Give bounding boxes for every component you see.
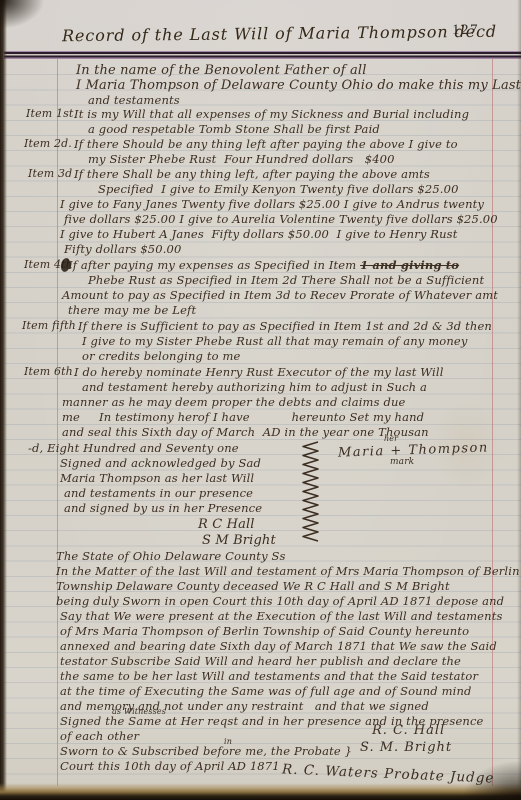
manuscript-line: The State of Ohio Delaware County Ss bbox=[56, 549, 286, 563]
manuscript-line-text: testator Subscribe Said Will and heard h… bbox=[60, 654, 461, 668]
manuscript-line: and testament hereby authorizing him to … bbox=[82, 380, 427, 394]
item-label: Item 6th bbox=[24, 365, 73, 378]
item-label: Item 1st bbox=[26, 107, 73, 120]
manuscript-line: a good respetable Tomb Stone Shall be fi… bbox=[88, 122, 380, 136]
manuscript-line-text: Phebe Rust as Specified in Item 2d There… bbox=[88, 273, 484, 287]
item-label: Item 2d. bbox=[24, 137, 72, 150]
manuscript-line: my Sister Phebe Rust Four Hundred dollar… bbox=[88, 152, 395, 166]
manuscript-line: It is my Will that all expenses of my Si… bbox=[74, 107, 469, 121]
manuscript-line-text: Court this 10th day of April AD 1871 bbox=[60, 759, 280, 773]
signature-her-note: her bbox=[384, 434, 398, 443]
manuscript-line-text: of Mrs Maria Thompson of Berlin Township… bbox=[60, 624, 469, 638]
manuscript-line: at the time of Executing the Same was of… bbox=[60, 684, 472, 698]
manuscript-line-text: S M Bright bbox=[202, 533, 276, 548]
manuscript-line-text: my Sister Phebe Rust Four Hundred dollar… bbox=[88, 152, 395, 166]
manuscript-line-text: I Maria Thompson of Delaware County Ohio… bbox=[76, 78, 521, 93]
manuscript-line: I Maria Thompson of Delaware County Ohio… bbox=[76, 78, 521, 93]
manuscript-line-text: and seal this Sixth day of March AD in t… bbox=[62, 425, 429, 439]
ledger-page: 127 Record of the Last Will of Maria Tho… bbox=[0, 0, 521, 800]
interlinear-insertion-witnesses: as Witnesses bbox=[112, 707, 166, 716]
manuscript-line: Specified I give to Emily Kenyon Twenty … bbox=[98, 182, 459, 196]
manuscript-line: -d, Eight Hundred and Seventy one bbox=[28, 441, 239, 455]
manuscript-line-text: R C Hall bbox=[198, 517, 255, 532]
manuscript-line-text: Amount to pay as Specified in Item 3d to… bbox=[62, 288, 498, 302]
manuscript-line: and testaments bbox=[88, 93, 180, 107]
manuscript-line-text: and signed by us in her Presence bbox=[64, 501, 262, 515]
manuscript-line-text: Specified I give to Emily Kenyon Twenty … bbox=[98, 182, 459, 196]
manuscript-line: I do hereby nominate Henry Rust Executor… bbox=[74, 365, 444, 379]
manuscript-line-text: and testament hereby authorizing him to … bbox=[82, 380, 427, 394]
manuscript-line: me In testimony herof I have hereunto Se… bbox=[62, 410, 424, 424]
manuscript-line-text: Sworn to & Subscribed before me, the Pro… bbox=[60, 744, 352, 758]
manuscript-line-text: manner as he may deem proper the debts a… bbox=[62, 395, 405, 409]
manuscript-line: If there is Sufficient to pay as Specifi… bbox=[78, 319, 492, 333]
manuscript-line-text: me In testimony herof I have hereunto Se… bbox=[62, 410, 424, 424]
manuscript-line: Sworn to & Subscribed before me, the Pro… bbox=[60, 744, 352, 758]
manuscript-line: Township Delaware County deceased We R C… bbox=[56, 579, 450, 593]
manuscript-line-text: It is my Will that all expenses of my Si… bbox=[74, 107, 469, 121]
manuscript-line-text: If after paying my expenses as Specified… bbox=[68, 258, 360, 272]
book-corner-top-left bbox=[0, 0, 46, 30]
manuscript-line-text: Signed and acknowledged by Sad bbox=[60, 456, 261, 470]
manuscript-line-text: a good respetable Tomb Stone Shall be fi… bbox=[88, 122, 380, 136]
manuscript-line-text: of each other bbox=[60, 729, 139, 743]
header-double-rule bbox=[4, 51, 521, 59]
manuscript-line-text: and testaments in our presence bbox=[64, 486, 253, 500]
manuscript-line: Amount to pay as Specified in Item 3d to… bbox=[62, 288, 498, 302]
manuscript-line-text: I do hereby nominate Henry Rust Executor… bbox=[74, 365, 444, 379]
manuscript-line: of each other bbox=[60, 729, 139, 743]
book-edge-bottom bbox=[0, 783, 521, 800]
interlinear-insertion-in: in bbox=[224, 737, 232, 746]
manuscript-line: Maria Thompson as her last Will bbox=[60, 471, 254, 485]
manuscript-line: five dollars $25.00 I give to Aurelia Vo… bbox=[64, 212, 498, 226]
manuscript-line-text: and testaments bbox=[88, 93, 180, 107]
witness-signature-bright: S. M. Bright bbox=[360, 740, 452, 755]
attestation-brace-squiggle bbox=[297, 440, 323, 544]
manuscript-line: Fifty dollars $50.00 bbox=[64, 242, 181, 256]
manuscript-line: If there Should be any thing left after … bbox=[74, 137, 458, 151]
manuscript-line-text: there may me be Left bbox=[68, 303, 196, 317]
manuscript-line: I give to Fany Janes Twenty five dollars… bbox=[60, 197, 484, 211]
manuscript-line: R C Hall bbox=[198, 517, 255, 532]
manuscript-line: there may me be Left bbox=[68, 303, 196, 317]
manuscript-line: If after paying my expenses as Specified… bbox=[68, 258, 459, 272]
manuscript-line: I give to my Sister Phebe Rust all that … bbox=[82, 334, 468, 348]
manuscript-line-text: being duly Sworn in open Court this 10th… bbox=[56, 594, 504, 608]
manuscript-line-text: If there Shall be any thing left, after … bbox=[74, 167, 430, 181]
item-label: Item 3d bbox=[28, 167, 72, 180]
book-corner-bottom-right bbox=[461, 760, 521, 800]
manuscript-line: the same to be her last Will and testame… bbox=[60, 669, 478, 683]
manuscript-line-text: Say that We were present at the Executio… bbox=[60, 609, 503, 623]
item-label: Item fifth bbox=[22, 319, 76, 332]
manuscript-line-text: five dollars $25.00 I give to Aurelia Vo… bbox=[64, 212, 498, 226]
manuscript-line-text: -d, Eight Hundred and Seventy one bbox=[28, 441, 239, 455]
manuscript-line: of Mrs Maria Thompson of Berlin Township… bbox=[60, 624, 469, 638]
manuscript-line-text: I give to Fany Janes Twenty five dollars… bbox=[60, 197, 484, 211]
manuscript-line-text: In the name of the Benovolent Father of … bbox=[76, 63, 367, 78]
manuscript-line: annexed and bearing date Sixth day of Ma… bbox=[60, 639, 497, 653]
manuscript-line: S M Bright bbox=[202, 533, 276, 548]
manuscript-line: Court this 10th day of April AD 1871 bbox=[60, 759, 280, 773]
manuscript-line: testator Subscribe Said Will and heard h… bbox=[60, 654, 461, 668]
manuscript-line: In the name of the Benovolent Father of … bbox=[76, 63, 367, 78]
manuscript-line-text: Maria Thompson as her last Will bbox=[60, 471, 254, 485]
manuscript-line-text: The State of Ohio Delaware County Ss bbox=[56, 549, 286, 563]
manuscript-line-text: the same to be her last Will and testame… bbox=[60, 669, 478, 683]
manuscript-line-text: or credits belonging to me bbox=[82, 349, 241, 363]
book-edge-right bbox=[517, 0, 521, 800]
manuscript-line-text: at the time of Executing the Same was of… bbox=[60, 684, 472, 698]
manuscript-line: Say that We were present at the Executio… bbox=[60, 609, 503, 623]
manuscript-line-text: If there Should be any thing left after … bbox=[74, 137, 458, 151]
manuscript-line: Phebe Rust as Specified in Item 2d There… bbox=[88, 273, 484, 287]
struck-text: 1 and giving to bbox=[360, 258, 459, 272]
manuscript-line-text: annexed and bearing date Sixth day of Ma… bbox=[60, 639, 497, 653]
manuscript-line: Signed and acknowledged by Sad bbox=[60, 456, 261, 470]
manuscript-line: In the Matter of the last Will and testa… bbox=[56, 564, 520, 578]
manuscript-line: I give to Hubert A Janes Fifty dollars $… bbox=[60, 227, 458, 241]
book-edge-left bbox=[0, 0, 7, 800]
manuscript-line-text: I give to Hubert A Janes Fifty dollars $… bbox=[60, 227, 458, 241]
manuscript-line: and testaments in our presence bbox=[64, 486, 253, 500]
manuscript-line: manner as he may deem proper the debts a… bbox=[62, 395, 405, 409]
manuscript-line: being duly Sworn in open Court this 10th… bbox=[56, 594, 504, 608]
signature-mark-note: mark bbox=[390, 457, 414, 467]
manuscript-line: and signed by us in her Presence bbox=[64, 501, 262, 515]
manuscript-line-text: Fifty dollars $50.00 bbox=[64, 242, 181, 256]
manuscript-line: If there Shall be any thing left, after … bbox=[74, 167, 430, 181]
manuscript-line-text: If there is Sufficient to pay as Specifi… bbox=[78, 319, 492, 333]
manuscript-line: and seal this Sixth day of March AD in t… bbox=[62, 425, 429, 439]
manuscript-line-text: Township Delaware County deceased We R C… bbox=[56, 579, 450, 593]
manuscript-line: or credits belonging to me bbox=[82, 349, 241, 363]
manuscript-line-text: I give to my Sister Phebe Rust all that … bbox=[82, 334, 468, 348]
witness-signature-hall: R. C. Hall bbox=[372, 723, 445, 738]
manuscript-line-text: In the Matter of the last Will and testa… bbox=[56, 564, 520, 578]
right-margin-rule bbox=[492, 59, 493, 786]
